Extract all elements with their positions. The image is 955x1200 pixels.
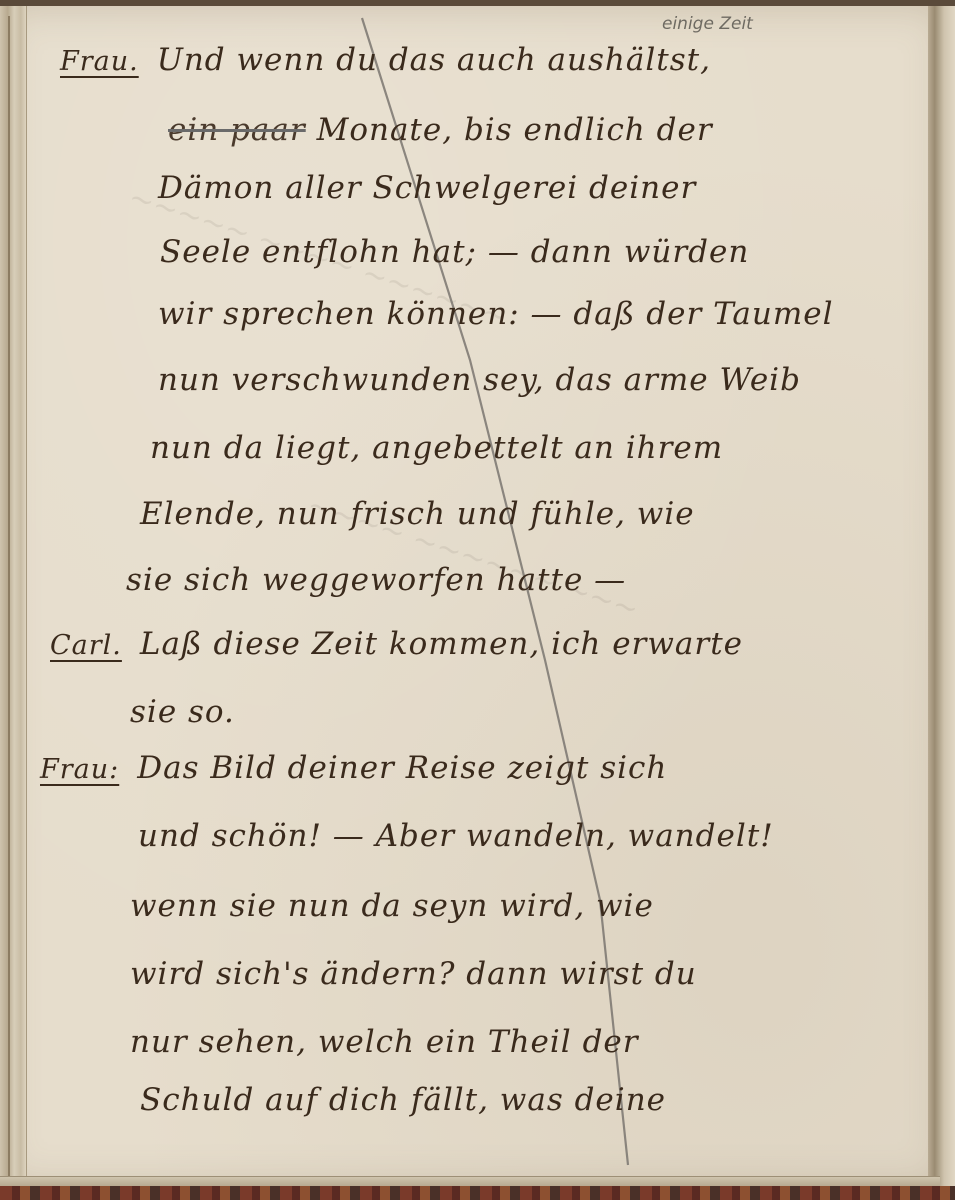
speaker-label: Frau:: [40, 754, 119, 785]
line-text: nur sehen, welch ein Theil der: [130, 1024, 639, 1060]
line-text: Dämon aller Schwelgerei deiner: [158, 170, 696, 206]
line-text: wird sich's ändern? dann wirst du: [130, 956, 697, 992]
speaker-label: Carl.: [50, 630, 122, 661]
line-text: nun verschwunden sey, das arme Weib: [158, 362, 801, 398]
line-text: wir sprechen können: — daß der Taumel: [158, 296, 834, 332]
line-text: Und wenn du das auch aushältst,: [157, 42, 711, 78]
text-line-3: Dämon aller Schwelgerei deiner: [158, 170, 696, 206]
text-line-16: nur sehen, welch ein Theil der: [130, 1024, 639, 1060]
text-line-7: nun da liegt, angebettelt an ihrem: [150, 430, 723, 466]
text-line-1: Frau.Und wenn du das auch aushältst,: [60, 42, 711, 78]
line-text: Seele entflohn hat; — dann würden: [160, 234, 749, 270]
binding-fold-line: [8, 16, 10, 1176]
left-binding-edge: [0, 6, 27, 1186]
line-text: Monate, bis endlich der: [317, 112, 713, 148]
text-line-5: wir sprechen können: — daß der Taumel: [158, 296, 834, 332]
line-text: Laß diese Zeit kommen, ich erwarte: [140, 626, 743, 662]
text-line-14: wenn sie nun da seyn wird, wie: [130, 888, 654, 924]
line-text: wenn sie nun da seyn wird, wie: [130, 888, 654, 924]
text-line-10: Carl.Laß diese Zeit kommen, ich erwarte: [50, 626, 743, 662]
text-line-17: Schuld auf dich fällt, was deine: [140, 1082, 666, 1118]
right-page-edge: [928, 6, 955, 1200]
text-line-4: Seele entflohn hat; — dann würden: [160, 234, 749, 270]
marbled-cover-strip: [0, 1186, 955, 1200]
line-text: Das Bild deiner Reise zeigt sich: [137, 750, 667, 786]
text-line-2: ein paar Monate, bis endlich der: [168, 112, 713, 148]
line-text: nun da liegt, angebettelt an ihrem: [150, 430, 723, 466]
line-text: Schuld auf dich fällt, was deine: [140, 1082, 666, 1118]
text-line-15: wird sich's ändern? dann wirst du: [130, 956, 697, 992]
text-line-9: sie sich weggeworfen hatte —: [126, 562, 626, 598]
text-line-8: Elende, nun frisch und fühle, wie: [140, 496, 695, 532]
line-text: und schön! — Aber wandeln, wandelt!: [138, 818, 774, 854]
text-line-12: Frau:Das Bild deiner Reise zeigt sich: [40, 750, 667, 786]
pencil-annotation: einige Zeit: [662, 14, 753, 34]
text-line-6: nun verschwunden sey, das arme Weib: [158, 362, 801, 398]
struck-text: ein paar: [168, 112, 306, 148]
line-text: Elende, nun frisch und fühle, wie: [140, 496, 695, 532]
speaker-label: Frau.: [60, 46, 139, 77]
line-text: sie sich weggeworfen hatte —: [126, 562, 626, 598]
text-line-13: und schön! — Aber wandeln, wandelt!: [138, 818, 774, 854]
text-line-11: sie so.: [130, 694, 235, 730]
line-text: sie so.: [130, 694, 235, 730]
